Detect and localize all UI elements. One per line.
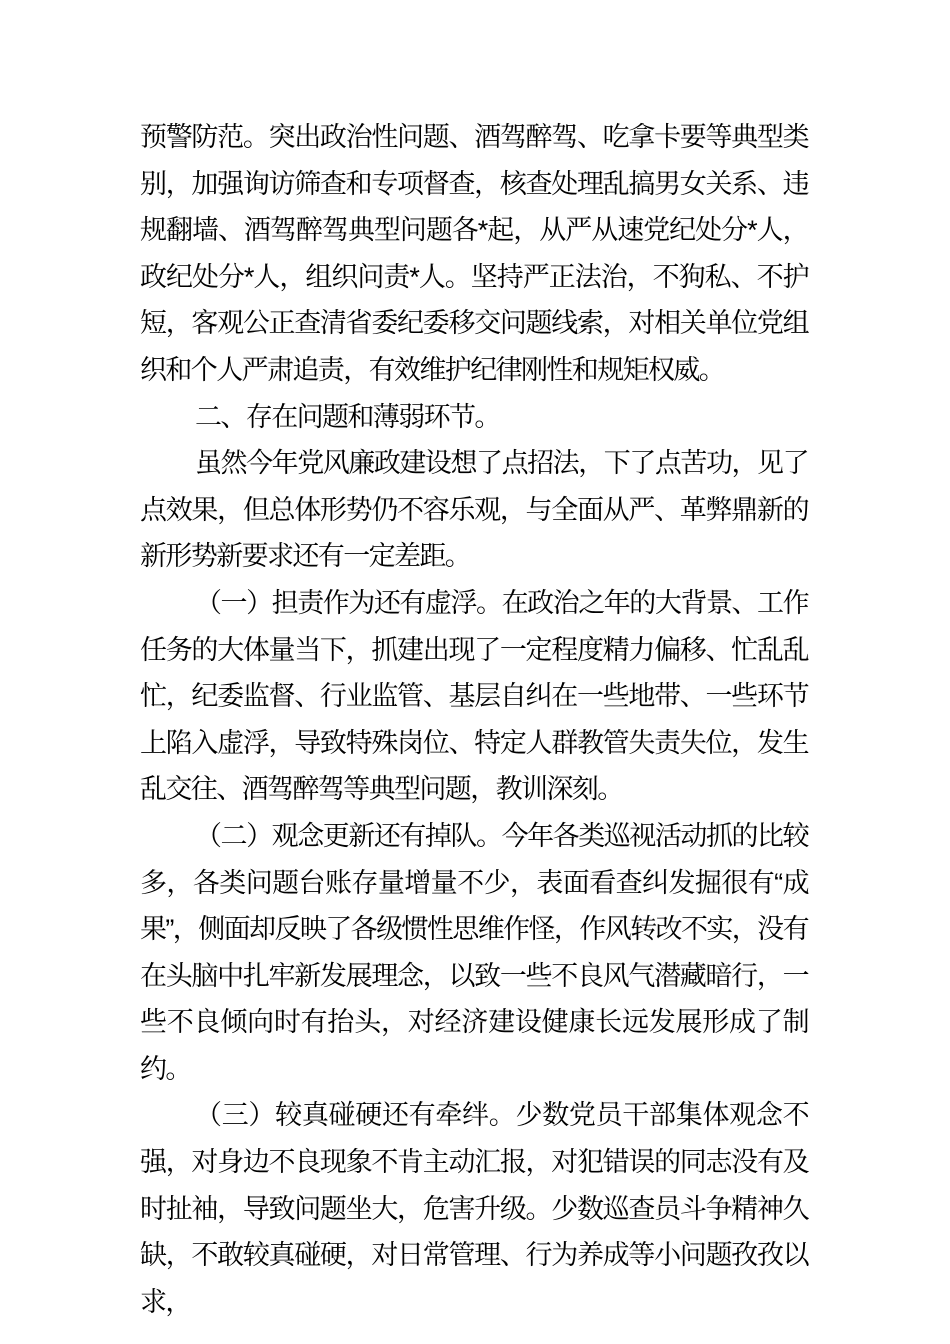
section-heading: 二、存在问题和薄弱环节。 [140,394,808,441]
paragraph-item-3: （三）较真碰硬还有牵绊。少数党员干部集体观念不强，对身边不良现象不肯主动汇报，对… [140,1092,808,1325]
document-text-block: 预警防范。突出政治性问题、酒驾醉驾、吃拿卡要等典型类别，加强询访筛查和专项督查，… [140,114,808,1325]
paragraph-continuation: 预警防范。突出政治性问题、酒驾醉驾、吃拿卡要等典型类别，加强询访筛查和专项督查，… [140,114,808,394]
paragraph-item-2: （二）观念更新还有掉队。今年各类巡视活动抓的比较多，各类问题台账存量增量不少，表… [140,813,808,1093]
paragraph-overview: 虽然今年党风廉政建设想了点招法，下了点苦功，见了点效果，但总体形势仍不容乐观，与… [140,440,808,580]
paragraph-item-1: （一）担责作为还有虚浮。在政治之年的大背景、工作任务的大体量当下，抓建出现了一定… [140,580,808,813]
document-page: 预警防范。突出政治性问题、酒驾醉驾、吃拿卡要等典型类别，加强询访筛查和专项督查，… [0,0,950,1344]
